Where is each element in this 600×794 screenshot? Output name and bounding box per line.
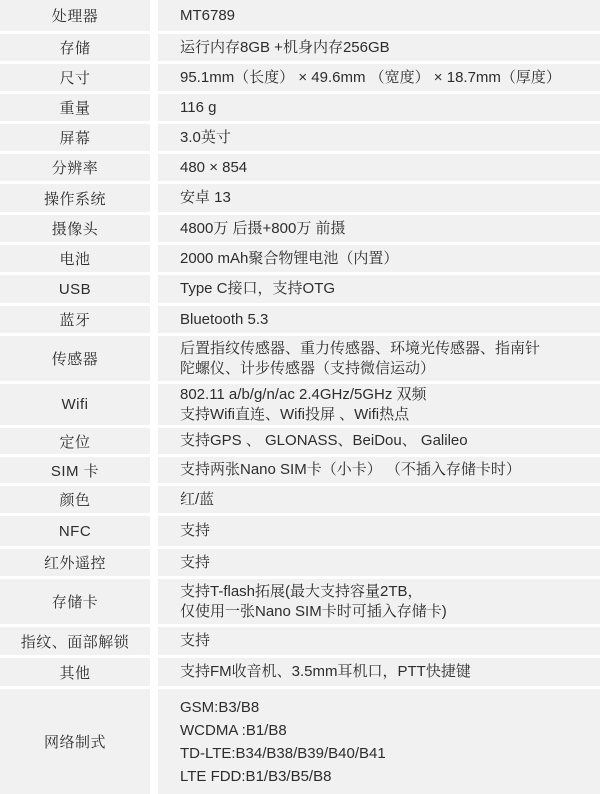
spec-row-fingerprint-face-unlock: 指纹、面部解锁 支持	[0, 627, 600, 655]
spec-value: 红/蓝	[158, 486, 600, 513]
spec-row-bluetooth: 蓝牙 Bluetooth 5.3	[0, 306, 600, 333]
spec-value-line: 支持	[180, 521, 590, 541]
spec-row-os: 操作系统 安卓 13	[0, 184, 600, 212]
spec-value: Bluetooth 5.3	[158, 306, 600, 333]
spec-value-line: 安卓 13	[180, 188, 590, 208]
spec-row-storage: 存储 运行内存8GB +机身内存256GB	[0, 34, 600, 61]
spec-value-line: MT6789	[180, 6, 590, 26]
spec-label: 其他	[0, 658, 150, 686]
spec-value-line: TD-LTE:B34/B38/B39/B40/B41	[180, 742, 590, 765]
spec-value-line: 支持T-flash拓展(最大支持容量2TB，	[180, 582, 590, 602]
spec-row-battery: 电池 2000 mAh聚合物锂电池（内置）	[0, 245, 600, 272]
spec-label: 分辨率	[0, 154, 150, 181]
spec-row-camera: 摄像头 4800万 后摄+800万 前摄	[0, 215, 600, 242]
spec-label: Wifi	[0, 384, 150, 425]
spec-value-line: WCDMA :B1/B8	[180, 719, 590, 742]
spec-value-line: 3.0英寸	[180, 128, 590, 148]
spec-row-network-bands: 网络制式 GSM:B3/B8 WCDMA :B1/B8 TD-LTE:B34/B…	[0, 689, 600, 794]
spec-label: 网络制式	[0, 689, 150, 794]
spec-value: 支持GPS 、 GLONASS、BeiDou、 Galileo	[158, 428, 600, 454]
spec-value: 95.1mm（长度） × 49.6mm （宽度） × 18.7mm（厚度）	[158, 64, 600, 91]
spec-value: 支持	[158, 627, 600, 655]
spec-label: 指纹、面部解锁	[0, 627, 150, 655]
spec-value: 2000 mAh聚合物锂电池（内置）	[158, 245, 600, 272]
spec-label: 红外遥控	[0, 549, 150, 576]
spec-label: 存储	[0, 34, 150, 61]
spec-label: 存储卡	[0, 579, 150, 624]
spec-label: 操作系统	[0, 184, 150, 212]
spec-row-usb: USB Type C接口，支持OTG	[0, 275, 600, 303]
spec-value-line: Bluetooth 5.3	[180, 310, 590, 330]
spec-value-line: 运行内存8GB +机身内存256GB	[180, 38, 590, 58]
spec-value-line: 2000 mAh聚合物锂电池（内置）	[180, 249, 590, 269]
spec-table: 处理器 MT6789 存储 运行内存8GB +机身内存256GB 尺寸 95.1…	[0, 0, 600, 794]
spec-value: 后置指纹传感器、重力传感器、环境光传感器、指南针 陀螺仪、计步传感器（支持微信运…	[158, 336, 600, 381]
spec-value-line: 支持Wifi直连、Wifi投屏 、Wifi热点	[180, 405, 590, 425]
spec-label: 屏幕	[0, 124, 150, 151]
spec-row-sensors: 传感器 后置指纹传感器、重力传感器、环境光传感器、指南针 陀螺仪、计步传感器（支…	[0, 336, 600, 381]
spec-label: 摄像头	[0, 215, 150, 242]
spec-value-line: 后置指纹传感器、重力传感器、环境光传感器、指南针	[180, 339, 590, 359]
spec-value: 支持T-flash拓展(最大支持容量2TB， 仅使用一张Nano SIM卡时可插…	[158, 579, 600, 624]
spec-value: 支持两张Nano SIM卡（小卡） （不插入存储卡时）	[158, 457, 600, 483]
spec-label: 重量	[0, 94, 150, 121]
spec-value: 4800万 后摄+800万 前摄	[158, 215, 600, 242]
spec-value-line: 95.1mm（长度） × 49.6mm （宽度） × 18.7mm（厚度）	[180, 68, 590, 88]
spec-label: 颜色	[0, 486, 150, 513]
spec-row-other: 其他 支持FM收音机、3.5mm耳机口，PTT快捷键	[0, 658, 600, 686]
spec-value-line: 仅使用一张Nano SIM卡时可插入存储卡)	[180, 602, 590, 622]
spec-row-weight: 重量 116 g	[0, 94, 600, 121]
spec-value-line: Type C接口，支持OTG	[180, 279, 590, 299]
spec-value-line: LTE FDD:B1/B3/B5/B8	[180, 765, 590, 788]
spec-label: SIM 卡	[0, 457, 150, 483]
spec-value-line: 802.11 a/b/g/n/ac 2.4GHz/5GHz 双频	[180, 385, 590, 405]
spec-row-nfc: NFC 支持	[0, 516, 600, 546]
spec-row-storage-card: 存储卡 支持T-flash拓展(最大支持容量2TB， 仅使用一张Nano SIM…	[0, 579, 600, 624]
spec-value-line: 4800万 后摄+800万 前摄	[180, 219, 590, 239]
spec-value: Type C接口，支持OTG	[158, 275, 600, 303]
spec-row-ir-remote: 红外遥控 支持	[0, 549, 600, 576]
spec-value-line: 红/蓝	[180, 490, 590, 510]
spec-value-line: 支持GPS 、 GLONASS、BeiDou、 Galileo	[180, 431, 590, 451]
spec-value-line: 480 × 854	[180, 158, 590, 178]
spec-row-color: 颜色 红/蓝	[0, 486, 600, 513]
spec-label: 定位	[0, 428, 150, 454]
spec-value-line: 支持	[180, 553, 590, 573]
spec-value: 支持	[158, 516, 600, 546]
spec-row-sim-card: SIM 卡 支持两张Nano SIM卡（小卡） （不插入存储卡时）	[0, 457, 600, 483]
spec-label: 尺寸	[0, 64, 150, 91]
spec-row-dimensions: 尺寸 95.1mm（长度） × 49.6mm （宽度） × 18.7mm（厚度）	[0, 64, 600, 91]
spec-value: 480 × 854	[158, 154, 600, 181]
spec-label: 蓝牙	[0, 306, 150, 333]
spec-value-line: 陀螺仪、计步传感器（支持微信运动）	[180, 359, 590, 379]
spec-value-line: 支持FM收音机、3.5mm耳机口，PTT快捷键	[180, 662, 590, 682]
spec-row-resolution: 分辨率 480 × 854	[0, 154, 600, 181]
spec-label: USB	[0, 275, 150, 303]
spec-value-line: 116 g	[180, 98, 590, 118]
spec-value-line: GSM:B3/B8	[180, 696, 590, 719]
spec-value-line: 支持	[180, 631, 590, 651]
spec-value: 运行内存8GB +机身内存256GB	[158, 34, 600, 61]
spec-label: 电池	[0, 245, 150, 272]
spec-label: NFC	[0, 516, 150, 546]
spec-value: 802.11 a/b/g/n/ac 2.4GHz/5GHz 双频 支持Wifi直…	[158, 384, 600, 425]
spec-row-processor: 处理器 MT6789	[0, 0, 600, 31]
spec-value: 116 g	[158, 94, 600, 121]
spec-row-positioning: 定位 支持GPS 、 GLONASS、BeiDou、 Galileo	[0, 428, 600, 454]
spec-value: 支持	[158, 549, 600, 576]
spec-value-line: 支持两张Nano SIM卡（小卡） （不插入存储卡时）	[180, 460, 590, 480]
spec-label: 传感器	[0, 336, 150, 381]
spec-value: 安卓 13	[158, 184, 600, 212]
spec-value: 支持FM收音机、3.5mm耳机口，PTT快捷键	[158, 658, 600, 686]
spec-value: GSM:B3/B8 WCDMA :B1/B8 TD-LTE:B34/B38/B3…	[158, 689, 600, 794]
spec-row-screen: 屏幕 3.0英寸	[0, 124, 600, 151]
spec-label: 处理器	[0, 0, 150, 31]
spec-value: MT6789	[158, 0, 600, 31]
spec-row-wifi: Wifi 802.11 a/b/g/n/ac 2.4GHz/5GHz 双频 支持…	[0, 384, 600, 425]
spec-value: 3.0英寸	[158, 124, 600, 151]
